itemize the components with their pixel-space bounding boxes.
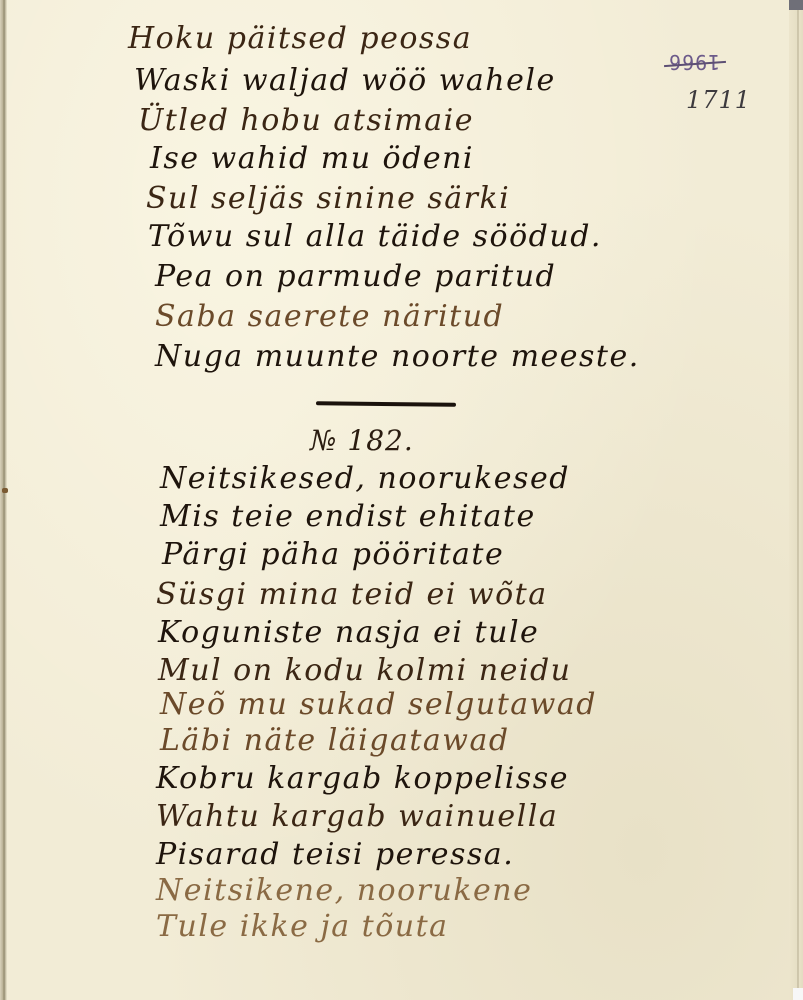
section-divider	[316, 401, 456, 406]
page-bottom-corner	[793, 988, 803, 1000]
verse-line: Kobru kargab koppelisse	[156, 762, 569, 796]
verse-line: Hoku päitsed peossa	[128, 22, 472, 56]
verse-line: Pea on parmude paritud	[155, 260, 556, 294]
binding-stain	[2, 488, 8, 493]
archive-number: 1711	[686, 86, 751, 114]
verse-line: Sul seljäs sinine särki	[146, 182, 510, 216]
verse-line: Tule ikke ja tõuta	[156, 910, 449, 944]
page-right-edge	[789, 8, 803, 1000]
verse-line: Mul on kodu kolmi neidu	[158, 654, 572, 688]
binding-edge	[0, 0, 7, 1000]
verse-line: Waski waljad wöö wahele	[134, 64, 556, 98]
verse-line: Mis teie endist ehitate	[160, 500, 536, 534]
verse-line: Koguniste nasja ei tule	[158, 616, 539, 650]
page-corner-shadow	[789, 0, 803, 10]
verse-line: Ise wahid mu ödeni	[150, 142, 474, 176]
verse-line: Neitsikene, noorukene	[156, 874, 532, 908]
verse-line: Saba saerete näritud	[155, 300, 504, 334]
verse-line: Ütled hobu atsimaie	[138, 104, 474, 138]
song-number-heading: № 182.	[310, 424, 414, 457]
manuscript-page: 1966 1711 Hoku päitsed peossa Waski walj…	[0, 0, 803, 1000]
verse-line: Süsgi mina teid ei wõta	[156, 578, 548, 612]
archive-number-stamp: 1966 1711	[660, 48, 740, 128]
verse-line: Läbi näte läigatawad	[160, 724, 510, 758]
verse-line: Nuga muunte noorte meeste.	[155, 340, 640, 374]
verse-line: Tõwu sul alla täide söödud.	[148, 220, 602, 254]
verse-line: Neitsikesed, noorukesed	[160, 462, 570, 496]
verse-line: Pärgi päha pööritate	[162, 538, 504, 572]
verse-line: Neõ mu sukad selgutawad	[160, 688, 597, 722]
verse-line: Pisarad teisi peressa.	[156, 838, 514, 872]
verse-line: Wahtu kargab wainuella	[156, 800, 558, 834]
